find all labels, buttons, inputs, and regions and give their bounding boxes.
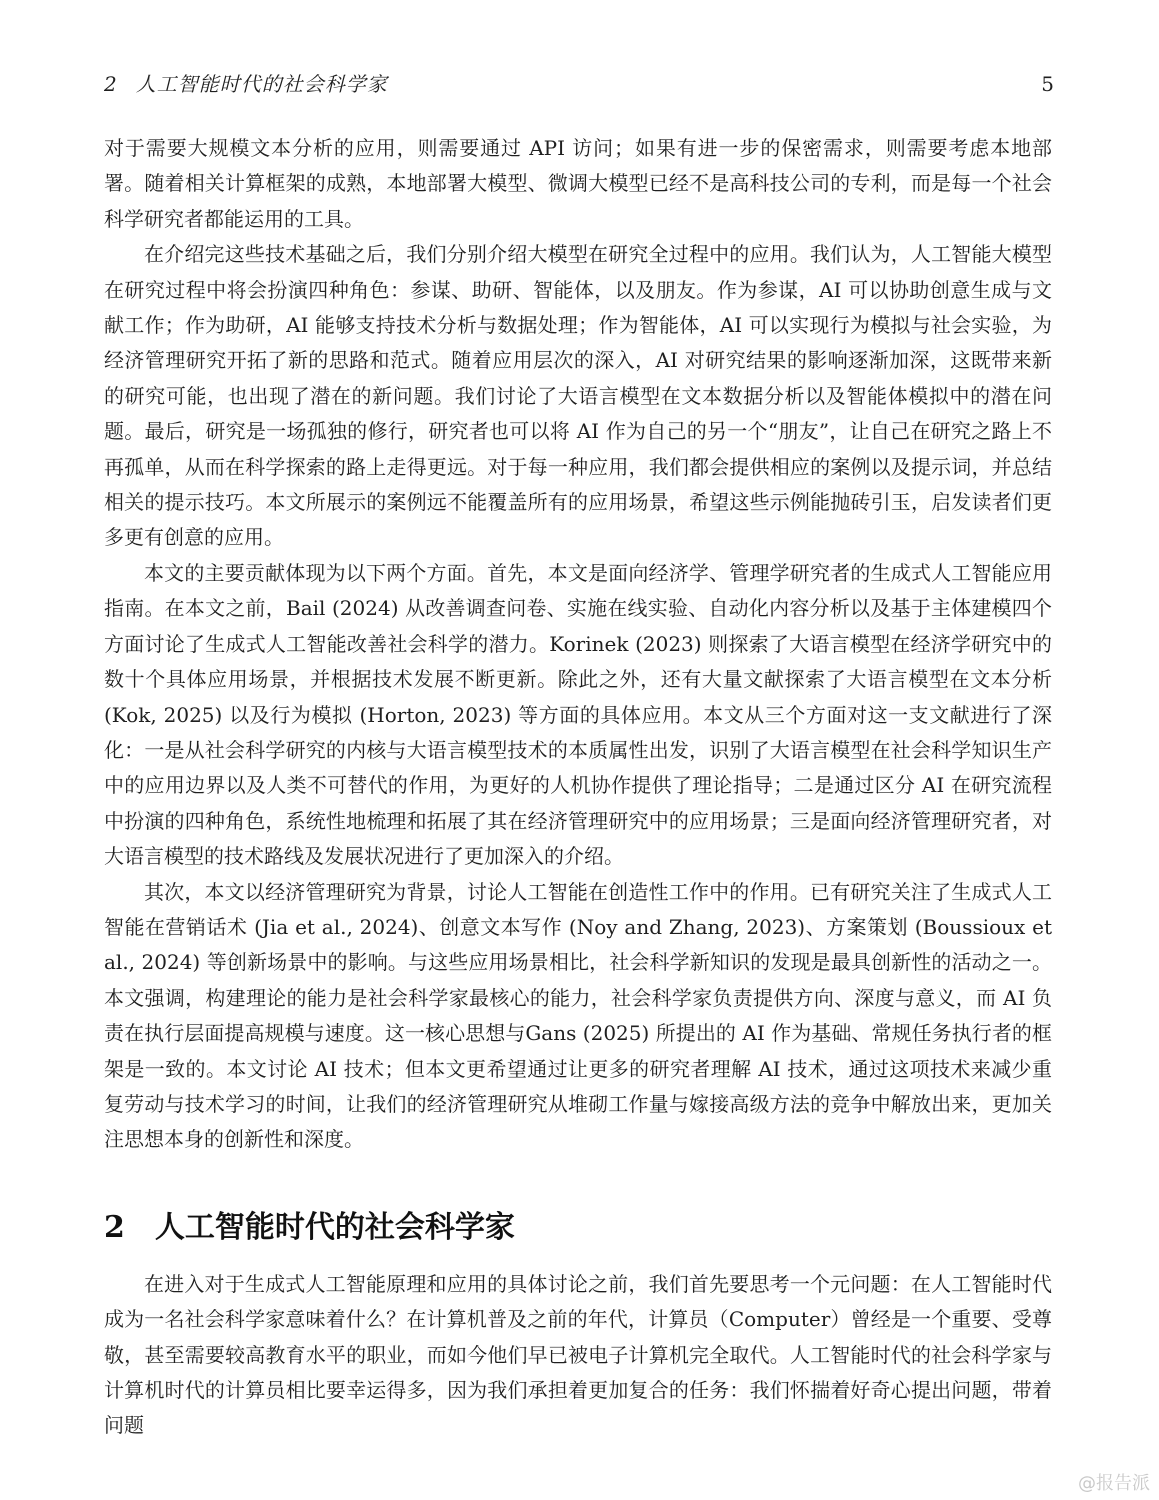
- section-heading-title: 人工智能时代的社会科学家: [155, 1210, 515, 1245]
- section-heading: 2人工智能时代的社会科学家: [104, 1208, 1052, 1248]
- paragraph: 对于需要大规模文本分析的应用，则需要通过 API 访问；如果有进一步的保密需求，…: [104, 131, 1052, 237]
- paragraph: 在进入对于生成式人工智能原理和应用的具体讨论之前，我们首先要思考一个元问题：在人…: [104, 1267, 1052, 1444]
- paragraph: 本文的主要贡献体现为以下两个方面。首先，本文是面向经济学、管理学研究者的生成式人…: [104, 556, 1052, 875]
- running-header-section-title: 人工智能时代的社会科学家: [136, 72, 388, 96]
- watermark: @报告派: [1078, 1469, 1150, 1495]
- page-body: 对于需要大规模文本分析的应用，则需要通过 API 访问；如果有进一步的保密需求，…: [104, 131, 1052, 1444]
- document-page: 2人工智能时代的社会科学家 5 对于需要大规模文本分析的应用，则需要通过 API…: [0, 0, 1159, 1500]
- paragraph: 其次，本文以经济管理研究为背景，讨论人工智能在创造性工作中的作用。已有研究关注了…: [104, 875, 1052, 1158]
- running-header-section-number: 2: [104, 72, 118, 96]
- running-header: 2人工智能时代的社会科学家 5: [104, 68, 1054, 97]
- paragraph: 在介绍完这些技术基础之后，我们分别介绍大模型在研究全过程中的应用。我们认为，人工…: [104, 237, 1052, 556]
- page-number: 5: [1041, 72, 1054, 96]
- section-heading-number: 2: [104, 1210, 125, 1245]
- running-header-section: 2人工智能时代的社会科学家: [104, 68, 388, 97]
